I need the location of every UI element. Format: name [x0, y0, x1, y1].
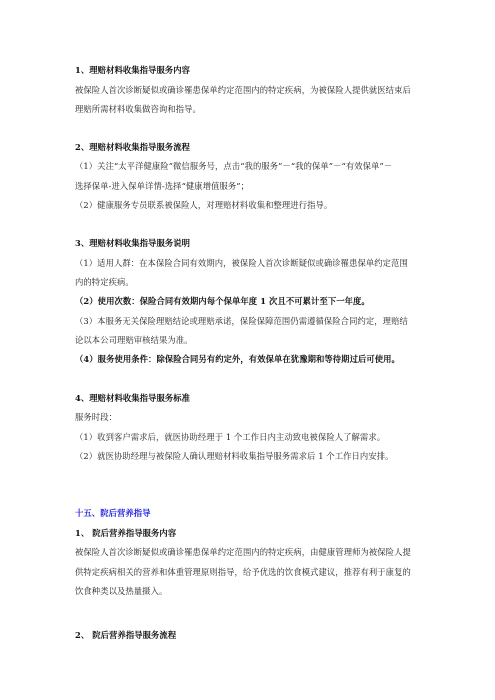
chapter-title: 十五、院后营养指导 — [75, 507, 151, 519]
document-page: 1、理赔材料收集指导服务内容 被保险人首次诊断疑似或确诊罹患保单约定范围内的特定… — [0, 0, 495, 700]
chapter-subsection-2-heading: 2、 院后营养指导服务流程 — [75, 629, 176, 641]
section-2-heading: 2、理赔材料收集指导服务流程 — [75, 141, 190, 153]
chapter-subsection-1-paragraph: 饮食种类以及热量摄入。 — [75, 585, 167, 597]
section-3-paragraph: 论以本公司理赔审核结果为准。 — [75, 334, 193, 346]
section-3-paragraph-bold: （2）使用次数：保险合同有效期内每个保单年度 1 次且不可累计至下一年度。 — [75, 295, 370, 307]
chapter-subsection-1-heading: 1、 院后营养指导服务内容 — [75, 527, 176, 539]
chapter-subsection-1-paragraph: 供特定疾病相关的营养和体重管理原则指导，给予优选的饮食模式建议，推荐有利于康复的 — [75, 566, 411, 578]
section-1-paragraph: 被保险人首次诊断疑似或确诊罹患保单约定范围内的特定疾病，为被保险人提供就医结束后 — [75, 84, 411, 96]
section-3-paragraph: 内的特定疾病。 — [75, 276, 134, 288]
section-2-paragraph: （2）健康服务专员联系被保险人，对理赔材料收集和整理进行指导。 — [75, 199, 332, 211]
chapter-subsection-1-paragraph: 被保险人首次诊断疑似或确诊罹患保单约定范围内的特定疾病，由健康管理师为被保险人提 — [75, 546, 411, 558]
section-3-paragraph: （1）适用人群：在本保险合同有效期内，被保险人首次诊断疑似或确诊罹患保单约定范围 — [75, 257, 408, 269]
section-1-paragraph: 理赔所需材料收集做咨询和指导。 — [75, 103, 201, 115]
section-3-heading: 3、理赔材料收集指导服务说明 — [75, 237, 190, 249]
section-2-paragraph: （1）关注“太平洋健康险”微信服务号，点击“我的服务”－“我的保单”－“有效保单… — [75, 160, 392, 172]
section-4-paragraph: （1）收到客户需求后，就医协助经理于 1 个工作日内主动致电被保险人了解需求。 — [75, 431, 385, 443]
section-4-heading: 4、理赔材料收集指导服务标准 — [75, 392, 190, 404]
section-3-paragraph: （3）本服务无关保险理赔结论或理赔承诺，保险保障范围仍需遵循保险合同约定，理赔结 — [75, 315, 408, 327]
section-4-paragraph: 服务时段： — [75, 411, 117, 423]
section-3-paragraph-bold: （4）服务使用条件：除保险合同另有约定外，有效保单在犹豫期和等待期过后可使用。 — [75, 353, 400, 365]
section-4-paragraph: （2）就医协助经理与被保险人确认理赔材料收集指导服务需求后 1 个工作日内安排。 — [75, 450, 394, 462]
section-1-heading: 1、理赔材料收集指导服务内容 — [75, 64, 190, 76]
section-2-paragraph: 选择保单-进入保单详情-选择“健康增值服务”； — [75, 180, 249, 192]
